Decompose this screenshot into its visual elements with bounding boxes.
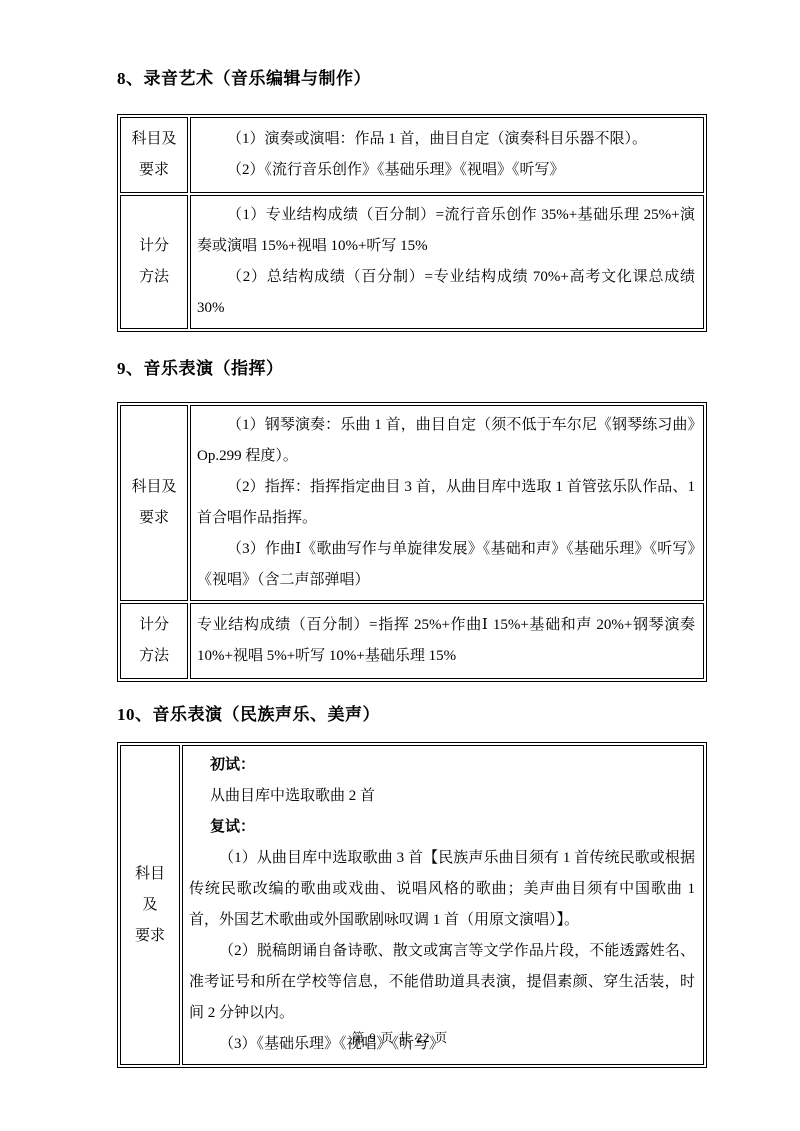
document-content: 8、录音艺术（音乐编辑与制作） 科目及 要求 （1）演奏或演唱：作品 1 首，曲… xyxy=(117,66,707,1068)
section-heading: 10、音乐表演（民族声乐、美声） xyxy=(117,702,707,728)
page-footer: 第 9 页 共 22 页 xyxy=(0,1028,800,1046)
row-label-line: 科目及 xyxy=(123,472,185,503)
section-heading: 8、录音艺术（音乐编辑与制作） xyxy=(117,66,707,92)
paragraph: （2）《流行音乐创作》《基础乐理》《视唱》《听写》 xyxy=(197,155,695,186)
requirements-table: 科目及 要求 （1）演奏或演唱：作品 1 首，曲目自定（演奏科目乐器不限）。 （… xyxy=(117,114,707,332)
section-heading: 9、音乐表演（指挥） xyxy=(117,356,707,382)
row-content-cell: 初试： 从曲目库中选取歌曲 2 首 复试： （1）从曲目库中选取歌曲 3 首【民… xyxy=(182,745,704,1065)
paragraph: 从曲目库中选取歌曲 2 首 xyxy=(189,781,695,812)
table-row: 计分 方法 （1）专业结构成绩（百分制）=流行音乐创作 35%+基础乐理 25%… xyxy=(120,195,704,329)
row-label-line: 计分 xyxy=(123,610,185,641)
row-content-cell: （1）专业结构成绩（百分制）=流行音乐创作 35%+基础乐理 25%+演奏或演唱… xyxy=(190,195,704,329)
paragraph: （1）专业结构成绩（百分制）=流行音乐创作 35%+基础乐理 25%+演奏或演唱… xyxy=(197,200,695,262)
row-content-cell: （1）钢琴演奏：乐曲 1 首，曲目自定（须不低于车尔尼《钢琴练习曲》Op.299… xyxy=(190,405,704,601)
row-content-cell: （1）演奏或演唱：作品 1 首，曲目自定（演奏科目乐器不限）。 （2）《流行音乐… xyxy=(190,117,704,193)
row-label-line: 要求 xyxy=(123,155,185,186)
section-10-music-performance-vocal: 10、音乐表演（民族声乐、美声） 科目 及 要求 初试： 从曲目库中选取歌曲 2… xyxy=(117,702,707,1068)
row-label-line: 要求 xyxy=(123,921,177,952)
row-label-line: 方法 xyxy=(123,262,185,293)
paragraph: （2）指挥：指挥指定曲目 3 首，从曲目库中选取 1 首管弦乐队作品、1 首合唱… xyxy=(197,472,695,534)
paragraph: （2）总结构成绩（百分制）=专业结构成绩 70%+高考文化课总成绩 30% xyxy=(197,262,695,324)
table-row: 计分 方法 专业结构成绩（百分制）=指挥 25%+作曲Ⅰ 15%+基础和声 20… xyxy=(120,603,704,679)
row-label-cell: 科目及 要求 xyxy=(120,405,188,601)
table-row: 科目及 要求 （1）钢琴演奏：乐曲 1 首，曲目自定（须不低于车尔尼《钢琴练习曲… xyxy=(120,405,704,601)
section-9-music-performance-conducting: 9、音乐表演（指挥） 科目及 要求 （1）钢琴演奏：乐曲 1 首，曲目自定（须不… xyxy=(117,356,707,682)
row-label-cell: 科目 及 要求 xyxy=(120,745,180,1065)
document-page: 8、录音艺术（音乐编辑与制作） 科目及 要求 （1）演奏或演唱：作品 1 首，曲… xyxy=(0,0,800,1131)
row-label-cell: 计分 方法 xyxy=(120,603,188,679)
row-content-cell: 专业结构成绩（百分制）=指挥 25%+作曲Ⅰ 15%+基础和声 20%+钢琴演奏… xyxy=(190,603,704,679)
row-label-cell: 计分 方法 xyxy=(120,195,188,329)
row-label-line: 计分 xyxy=(123,231,185,262)
paragraph: （2）脱稿朗诵自备诗歌、散文或寓言等文学作品片段，不能透露姓名、准考证号和所在学… xyxy=(189,936,695,1029)
paragraph: 复试： xyxy=(189,812,695,843)
requirements-table: 科目及 要求 （1）钢琴演奏：乐曲 1 首，曲目自定（须不低于车尔尼《钢琴练习曲… xyxy=(117,402,707,682)
paragraph: （3）作曲Ⅰ《歌曲写作与单旋律发展》《基础和声》《基础乐理》《听写》《视唱》（含… xyxy=(197,534,695,596)
table-row: 科目 及 要求 初试： 从曲目库中选取歌曲 2 首 复试： （1）从曲目库中选取… xyxy=(120,745,704,1065)
paragraph: 初试： xyxy=(189,750,695,781)
row-label-line: 科目 xyxy=(123,859,177,890)
requirements-table: 科目 及 要求 初试： 从曲目库中选取歌曲 2 首 复试： （1）从曲目库中选取… xyxy=(117,742,707,1068)
paragraph: 专业结构成绩（百分制）=指挥 25%+作曲Ⅰ 15%+基础和声 20%+钢琴演奏… xyxy=(197,610,695,672)
row-label-line: 科目及 xyxy=(123,124,185,155)
table-row: 科目及 要求 （1）演奏或演唱：作品 1 首，曲目自定（演奏科目乐器不限）。 （… xyxy=(120,117,704,193)
row-label-line: 要求 xyxy=(123,503,185,534)
paragraph: （1）钢琴演奏：乐曲 1 首，曲目自定（须不低于车尔尼《钢琴练习曲》Op.299… xyxy=(197,410,695,472)
row-label-line: 及 xyxy=(123,890,177,921)
paragraph: （1）演奏或演唱：作品 1 首，曲目自定（演奏科目乐器不限）。 xyxy=(197,124,695,155)
row-label-line: 方法 xyxy=(123,641,185,672)
row-label-cell: 科目及 要求 xyxy=(120,117,188,193)
paragraph: （1）从曲目库中选取歌曲 3 首【民族声乐曲目须有 1 首传统民歌或根据传统民歌… xyxy=(189,843,695,936)
section-8-recording-arts: 8、录音艺术（音乐编辑与制作） 科目及 要求 （1）演奏或演唱：作品 1 首，曲… xyxy=(117,66,707,332)
